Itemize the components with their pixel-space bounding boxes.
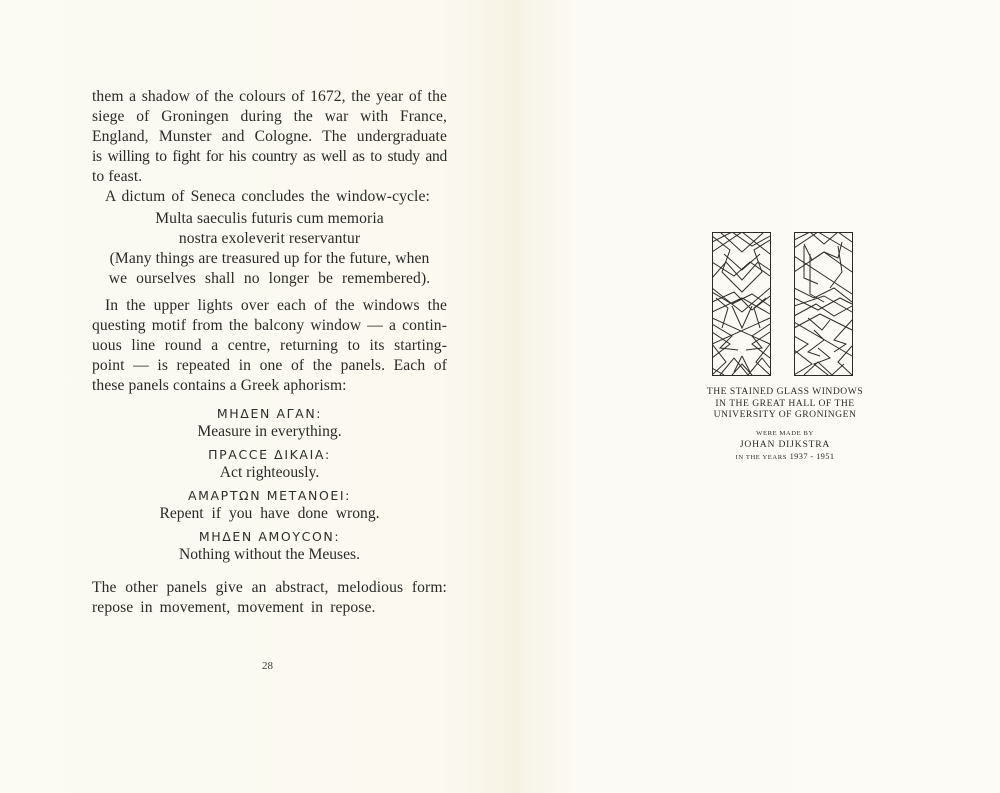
caption-years-value: 1937 - 1951 bbox=[790, 452, 835, 461]
text-line: these panels contains a Greek aphorism: bbox=[92, 376, 447, 396]
translation-line-1: (Many things are treasured up for the fu… bbox=[92, 249, 447, 269]
window-design-left-icon bbox=[712, 232, 772, 376]
caption-line-2: in the Great Hall of the bbox=[690, 398, 880, 410]
aphorism-english: Nothing without the Meuses. bbox=[92, 545, 447, 565]
caption-years-prefix: IN THE YEARS bbox=[736, 454, 788, 461]
text-block-3: The other panels give an abstract, melod… bbox=[92, 578, 447, 618]
aphorism-english: Measure in everything. bbox=[92, 422, 447, 442]
caption-years: IN THE YEARS 1937 - 1951 bbox=[690, 451, 880, 464]
text-block-1: them a shadow of the colours of 1672, th… bbox=[92, 87, 447, 289]
aphorism-greek: ΜΗΔΕΝ ΑΜΟΥCΟΝ: bbox=[92, 528, 447, 545]
translation-line-2: we ourselves shall no longer be remember… bbox=[92, 269, 447, 289]
text-line: point — is repeated in one of the panels… bbox=[92, 356, 447, 376]
text-line: to feast. bbox=[92, 167, 447, 187]
latin-quote-line-1: Multa saeculis futuris cum memoria bbox=[92, 209, 447, 229]
latin-quote-line-2: nostra exoleverit reservantur bbox=[92, 229, 447, 249]
text-line: questing motif from the balcony window —… bbox=[92, 316, 447, 336]
text-line: repose in movement, movement in repose. bbox=[92, 598, 447, 618]
aphorism-english: Repent if you have done wrong. bbox=[92, 504, 447, 524]
left-page: them a shadow of the colours of 1672, th… bbox=[0, 0, 520, 793]
seneca-intro: A dictum of Seneca concludes the window-… bbox=[92, 187, 447, 207]
text-line: is willing to fight for his country as w… bbox=[92, 147, 447, 167]
window-design-right-icon bbox=[794, 232, 854, 376]
text-block-2: In the upper lights over each of the win… bbox=[92, 296, 447, 396]
illustration-caption: The Stained Glass Windows in the Great H… bbox=[690, 386, 880, 464]
caption-artist: JOHAN DIJKSTRA bbox=[690, 439, 880, 450]
stained-glass-window-illustration bbox=[712, 232, 854, 376]
text-line: In the upper lights over each of the win… bbox=[92, 296, 447, 316]
caption-line-1: The Stained Glass Windows bbox=[690, 386, 880, 398]
text-line: The other panels give an abstract, melod… bbox=[92, 578, 447, 598]
text-line: England, Munster and Cologne. The underg… bbox=[92, 127, 447, 147]
text-line: them a shadow of the colours of 1672, th… bbox=[92, 87, 447, 107]
greek-aphorisms: ΜΗΔΕΝ ΑΓΑΝ: Measure in everything. ΠΡΑCC… bbox=[92, 405, 447, 569]
text-line: uous line round a centre, returning to i… bbox=[92, 336, 447, 356]
aphorism-greek: ΠΡΑCCΕ ΔΙΚΑΙΑ: bbox=[92, 446, 447, 463]
aphorism-greek: ΜΗΔΕΝ ΑΓΑΝ: bbox=[92, 405, 447, 422]
aphorism-greek: ΑΜΑΡΤΩΝ ΜΕΤΑΝΟΕΙ: bbox=[92, 487, 447, 504]
caption-line-3: University of Groningen bbox=[690, 409, 880, 421]
caption-made-by: Were made by bbox=[690, 429, 880, 439]
book-spread: them a shadow of the colours of 1672, th… bbox=[0, 0, 1000, 793]
page-number: 28 bbox=[262, 660, 273, 672]
aphorism-english: Act righteously. bbox=[92, 463, 447, 483]
text-line: siege of Groningen during the war with F… bbox=[92, 107, 447, 127]
